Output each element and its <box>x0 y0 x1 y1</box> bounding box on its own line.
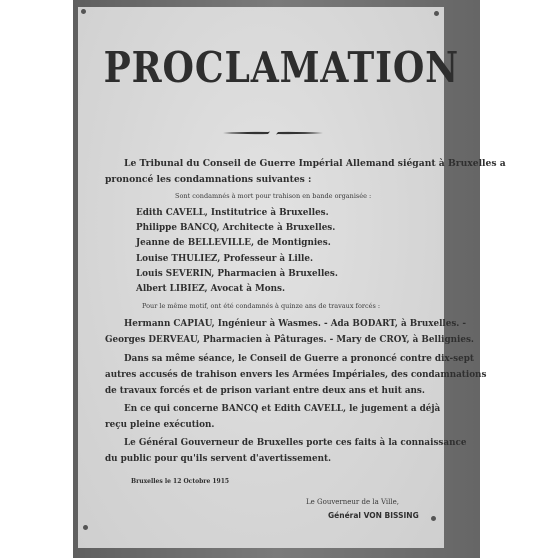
paragraph-line: du public pour qu'ils servent d'avertiss… <box>105 455 331 464</box>
pin-icon <box>434 11 439 16</box>
labor-sentence-heading: Pour le même motif, ont été condamnés à … <box>142 303 380 310</box>
death-sentence-item: Albert LIBIEZ, Avocat à Mons. <box>136 285 285 294</box>
death-sentence-item: Louise THULIEZ, Professeur à Lille. <box>136 255 313 264</box>
death-sentence-item: Louis SEVERIN, Pharmacien à Bruxelles. <box>136 270 338 279</box>
pin-icon <box>83 525 88 530</box>
labor-sentence-line: Georges DERVEAU, Pharmacien à Pâturages.… <box>105 336 474 345</box>
pin-icon <box>81 9 86 14</box>
signature-name: Général VON BISSING <box>328 512 419 520</box>
proclamation-poster: PROCLAMATION Le Tribunal du Conseil de G… <box>78 7 444 548</box>
paragraph-line: En ce qui concerne BANCQ et Edith CAVELL… <box>124 405 440 414</box>
intro-line: Le Tribunal du Conseil de Guerre Impéria… <box>124 159 506 168</box>
death-sentence-item: Jeanne de BELLEVILLE, de Montignies. <box>136 239 331 248</box>
death-sentence-item: Philippe BANCQ, Architecte à Bruxelles. <box>136 224 335 233</box>
paragraph-line: reçu pleine exécution. <box>105 421 214 430</box>
paragraph-line: Le Général Gouverneur de Bruxelles porte… <box>124 439 466 448</box>
paragraph-line: autres accusés de trahison envers les Ar… <box>105 371 486 380</box>
poster-title: PROCLAMATION <box>104 47 419 89</box>
paragraph-line: Dans sa même séance, le Conseil de Guerr… <box>124 355 474 364</box>
signature-title: Le Gouverneur de la Ville, <box>306 499 399 506</box>
labor-sentence-line: Hermann CAPIAU, Ingénieur à Wasmes. - Ad… <box>124 320 466 329</box>
pin-icon <box>431 516 436 521</box>
death-sentence-heading: Sont condamnés à mort pour trahison en b… <box>175 193 371 200</box>
intro-line: prononcé les condamnations suivantes : <box>105 175 311 184</box>
date-line: Bruxelles le 12 Octobre 1915 <box>131 479 229 485</box>
paragraph-line: de travaux forcés et de prison variant e… <box>105 387 425 396</box>
ornament-divider-icon <box>223 131 323 135</box>
death-sentence-item: Edith CAVELL, Institutrice à Bruxelles. <box>136 209 329 218</box>
